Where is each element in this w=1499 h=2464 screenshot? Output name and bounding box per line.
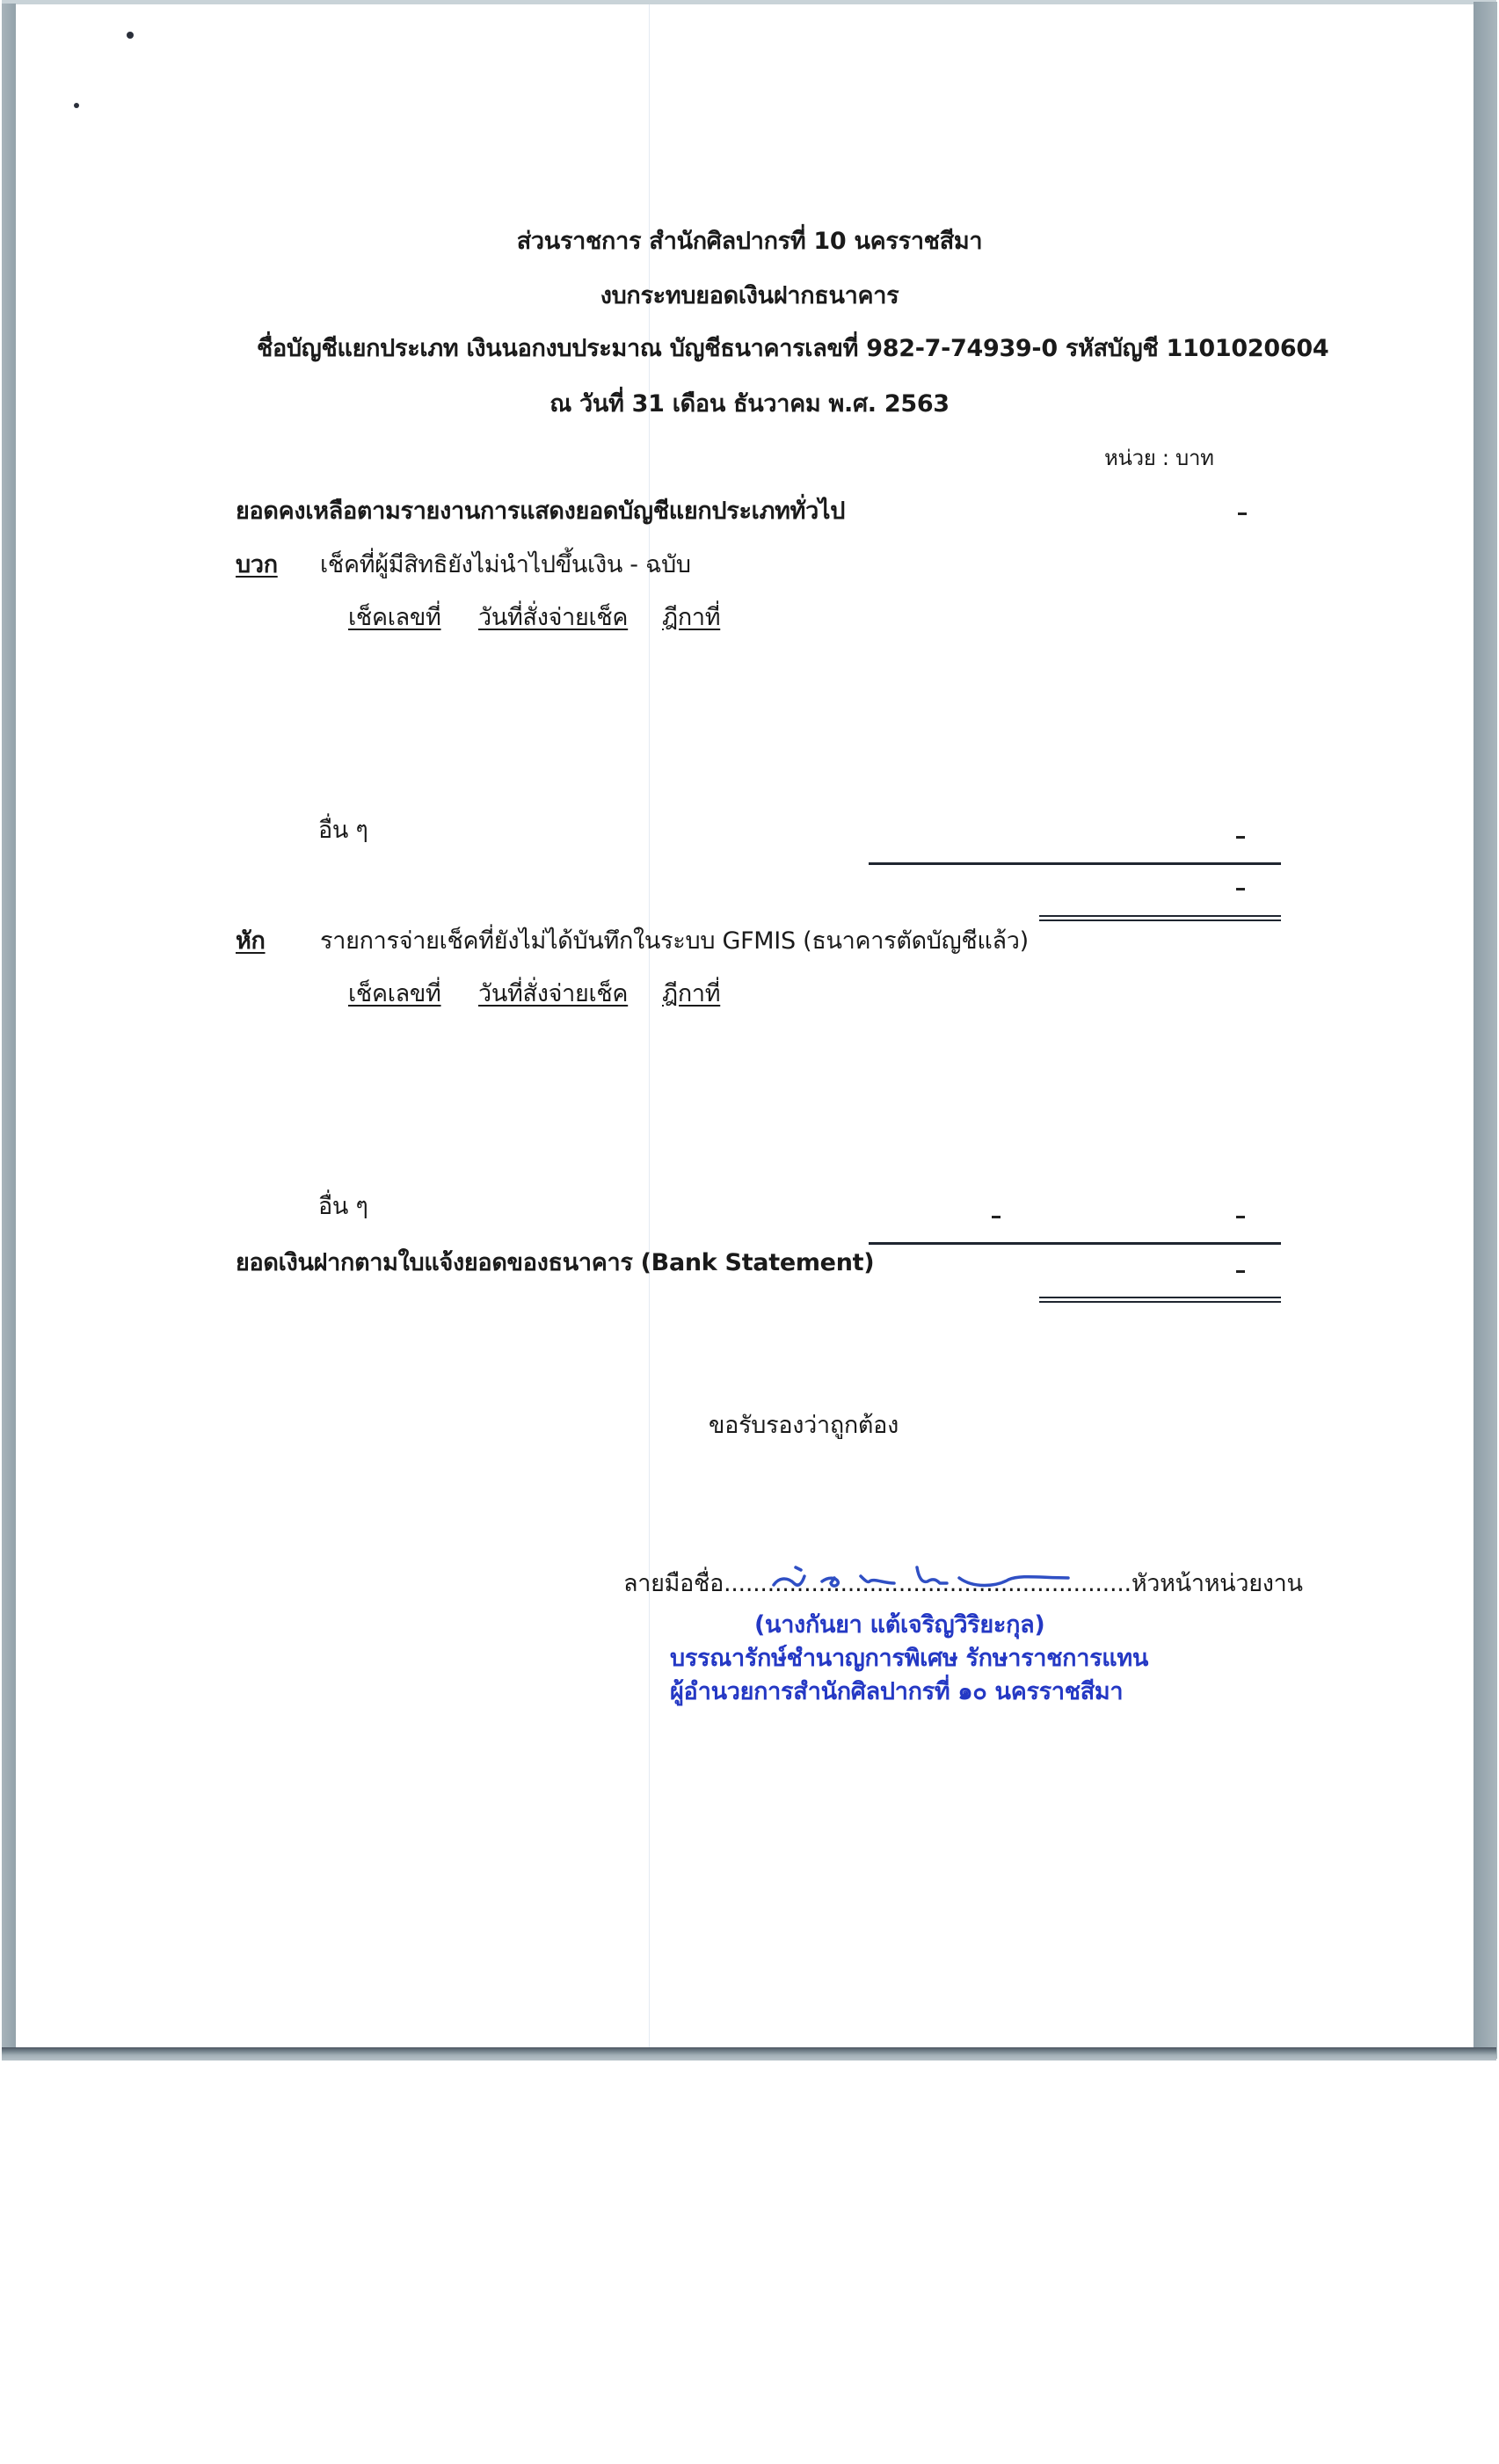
signature-dots: ........................................…	[724, 1570, 1132, 1597]
less-col-cheque-date: วันที่สั่งจ่ายเช็ค	[478, 979, 628, 1009]
less-other-value-mid	[992, 1216, 1001, 1218]
add-col-voucher-no: ฎีกาที่	[662, 603, 720, 633]
subtotal-rule	[869, 862, 1281, 865]
signature-prefix: ลายมือชื่อ	[623, 1570, 724, 1597]
less-description: รายการจ่ายเช็คที่ยังไม่ได้บันทึกในระบบ G…	[320, 927, 1029, 956]
add-other-label: อื่น ๆ	[318, 816, 368, 846]
certify-text: ขอรับรองว่าถูกต้อง	[709, 1411, 899, 1441]
stamp-office: ผู้อำนวยการสำนักศิลปากรที่ ๑๐ นครราชสีมา	[670, 1677, 1123, 1707]
less-other-label: อื่น ๆ	[318, 1192, 368, 1222]
final-double-rule-bottom	[1039, 1301, 1281, 1303]
scanner-frame-bottom	[2, 2047, 1496, 2061]
add-col-cheque-no: เช็คเลขที่	[348, 603, 441, 633]
agency-heading: ส่วนราชการ สำนักศิลปากรที่ 10 นครราชสีมา	[0, 227, 1499, 257]
stamp-position: บรรณารักษ์ชำนาญการพิเศษ รักษาราชการแทน	[670, 1644, 1148, 1674]
bank-balance-label: ยอดเงินฝากตามใบแจ้งยอดของธนาคาร (Bank St…	[236, 1248, 874, 1278]
add-label: บวก	[236, 550, 278, 580]
final-double-rule-top	[1039, 1297, 1281, 1298]
double-rule-bottom	[1039, 919, 1281, 921]
account-line: ชื่อบัญชีแยกประเภท เงินนอกงบประมาณ บัญชี…	[257, 334, 1328, 364]
double-rule-top	[1039, 915, 1281, 917]
date-line: ณ วันที่ 31 เดือน ธันวาคม พ.ศ. 2563	[0, 389, 1499, 419]
add-description: เช็คที่ผู้มีสิทธิยังไม่นำไปขึ้นเงิน - ฉบ…	[320, 550, 691, 580]
less-other-value	[1236, 1216, 1245, 1218]
add-subtotal-value	[1236, 888, 1245, 890]
add-other-value	[1236, 836, 1245, 839]
gl-balance-value	[1238, 512, 1247, 515]
total-rule	[869, 1242, 1281, 1245]
scan-speck	[74, 103, 79, 108]
stamp-name: (นางกันยา แต้เจริญวิริยะกุล)	[754, 1610, 1044, 1640]
scan-speck	[127, 32, 134, 39]
gl-balance-label: ยอดคงเหลือตามรายงานการแสดงยอดบัญชีแยกประ…	[236, 497, 845, 527]
signature-suffix: หัวหน้าหน่วยงาน	[1132, 1570, 1303, 1597]
bank-balance-value	[1236, 1270, 1245, 1273]
less-label: หัก	[236, 927, 266, 956]
add-col-cheque-date: วันที่สั่งจ่ายเช็ค	[478, 603, 628, 633]
scanner-frame-left	[2, 4, 16, 2061]
unit-label: หน่วย : บาท	[1104, 443, 1214, 473]
signature-line: ลายมือชื่อ..............................…	[623, 1569, 1303, 1599]
less-col-voucher-no: ฎีกาที่	[662, 979, 720, 1009]
document-title: งบกระทบยอดเงินฝากธนาคาร	[0, 281, 1499, 311]
less-col-cheque-no: เช็คเลขที่	[348, 979, 441, 1009]
